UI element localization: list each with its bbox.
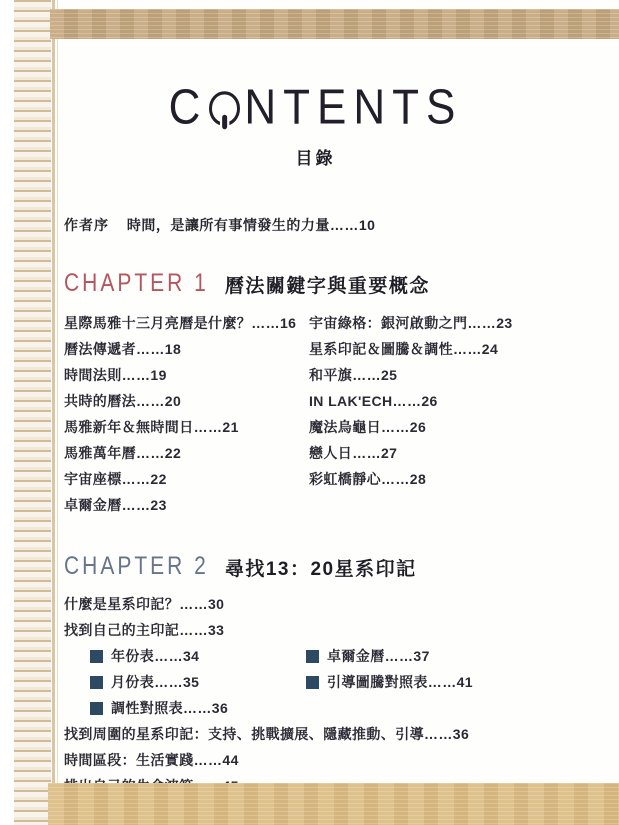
- toc-entry: 時間區段：生活實踐……44: [64, 747, 597, 773]
- chapter2-sub-right-column: 卓爾金曆……37 引導圖騰對照表……41: [306, 643, 597, 721]
- toc-sub-entry-label: 引導圖騰對照表……41: [327, 669, 473, 695]
- toc-entry: 馬雅新年＆無時間日……21: [64, 414, 309, 440]
- toc-entry: 宇宙座標……22: [64, 466, 309, 492]
- toc-entry: 共時的曆法……20: [64, 388, 309, 414]
- toc-entry: 曆法傳遞者……18: [64, 336, 309, 362]
- toc-entry: 找到周圍的星系印記：支持、挑戰擴展、隱藏推動、引導……36: [64, 721, 597, 747]
- chapter1-left-column: 星際馬雅十三月亮曆是什麼？……16 曆法傳遞者……18 時間法則……19 共時的…: [64, 310, 309, 518]
- chapter1-label: CHAPTER 1: [64, 270, 209, 298]
- toc-entry: 什麼是星系印記？……30: [64, 591, 597, 617]
- toc-entry: 星系印記＆圖騰＆調性……24: [309, 336, 597, 362]
- preface-row: 作者序 時間，是讓所有事情發生的力量……10: [64, 215, 597, 235]
- square-bullet-icon: [90, 702, 103, 715]
- contents-title: CNTENTS: [64, 86, 567, 130]
- chapter2-sub-entries: 年份表……34 月份表……35 調性對照表……36 卓爾金曆……37: [90, 643, 597, 721]
- book-cover-band-bottom: [48, 783, 619, 825]
- toc-sub-entry: 引導圖騰對照表……41: [306, 669, 597, 695]
- toc-entry: 戀人日……27: [309, 440, 597, 466]
- chapter2-label: CHAPTER 2: [64, 553, 209, 581]
- page-edge-line: [52, 0, 55, 825]
- preface-label: 作者序: [64, 217, 109, 233]
- toc-entry: 和平旗……25: [309, 362, 597, 388]
- book-cover-band-top: [50, 9, 619, 39]
- toc-entry: 時間法則……19: [64, 362, 309, 388]
- toc-sub-entry: 調性對照表……36: [90, 695, 306, 721]
- toc-entry: 星際馬雅十三月亮曆是什麼？……16: [64, 310, 309, 336]
- toc-entry: 宇宙綠格：銀河啟動之門……23: [309, 310, 597, 336]
- toc-entry: 魔法烏龜日……26: [309, 414, 597, 440]
- chapter2-title: 尋找13：20星系印記: [225, 554, 417, 581]
- toc-entry: 卓爾金曆……23: [64, 492, 309, 518]
- toc-sub-entry-label: 卓爾金曆……37: [327, 643, 430, 669]
- toc-sub-entry-label: 年份表……34: [111, 643, 199, 669]
- square-bullet-icon: [306, 676, 319, 689]
- toc-sub-entry: 年份表……34: [90, 643, 306, 669]
- page-edge-stack: [14, 0, 51, 825]
- toc-entry: 彩虹橋靜心……28: [309, 466, 597, 492]
- chapter1-title: 曆法關鍵字與重要概念: [225, 271, 430, 298]
- chapter1-right-column: 宇宙綠格：銀河啟動之門……23 星系印記＆圖騰＆調性……24 和平旗……25 I…: [309, 310, 597, 518]
- toc-sub-entry-label: 月份表……35: [111, 669, 199, 695]
- toc-page: CNTENTS 目錄 作者序 時間，是讓所有事情發生的力量……10 CHAPTE…: [58, 0, 619, 825]
- chapter2-entries: 什麼是星系印記？……30 找到自己的主印記……33 年份表……34 月份表……3…: [64, 591, 597, 799]
- toc-sub-entry-label: 調性對照表……36: [111, 695, 228, 721]
- contents-subtitle: 目錄: [64, 144, 567, 169]
- square-bullet-icon: [306, 650, 319, 663]
- square-bullet-icon: [90, 650, 103, 663]
- chapter1-entries: 星際馬雅十三月亮曆是什麼？……16 曆法傳遞者……18 時間法則……19 共時的…: [64, 310, 597, 518]
- book-photo: CNTENTS 目錄 作者序 時間，是讓所有事情發生的力量……10 CHAPTE…: [0, 0, 619, 825]
- toc-entry: 找到自己的主印記……33: [64, 617, 597, 643]
- toc-sub-entry: 卓爾金曆……37: [306, 643, 597, 669]
- chapter1-heading: CHAPTER 1 曆法關鍵字與重要概念: [64, 271, 597, 298]
- chapter2-heading: CHAPTER 2 尋找13：20星系印記: [64, 554, 597, 581]
- title-text-before-o: C: [169, 80, 208, 135]
- toc-entry: IN LAK'ECH……26: [309, 388, 597, 414]
- square-bullet-icon: [90, 676, 103, 689]
- toc-entry: 馬雅萬年曆……22: [64, 440, 309, 466]
- toc-sub-entry: 月份表……35: [90, 669, 306, 695]
- deco-o-icon: [209, 91, 240, 125]
- chapter2-sub-left-column: 年份表……34 月份表……35 調性對照表……36: [90, 643, 306, 721]
- title-text-after-o: NTENTS: [244, 80, 462, 135]
- preface-entry: 時間，是讓所有事情發生的力量……10: [127, 217, 376, 233]
